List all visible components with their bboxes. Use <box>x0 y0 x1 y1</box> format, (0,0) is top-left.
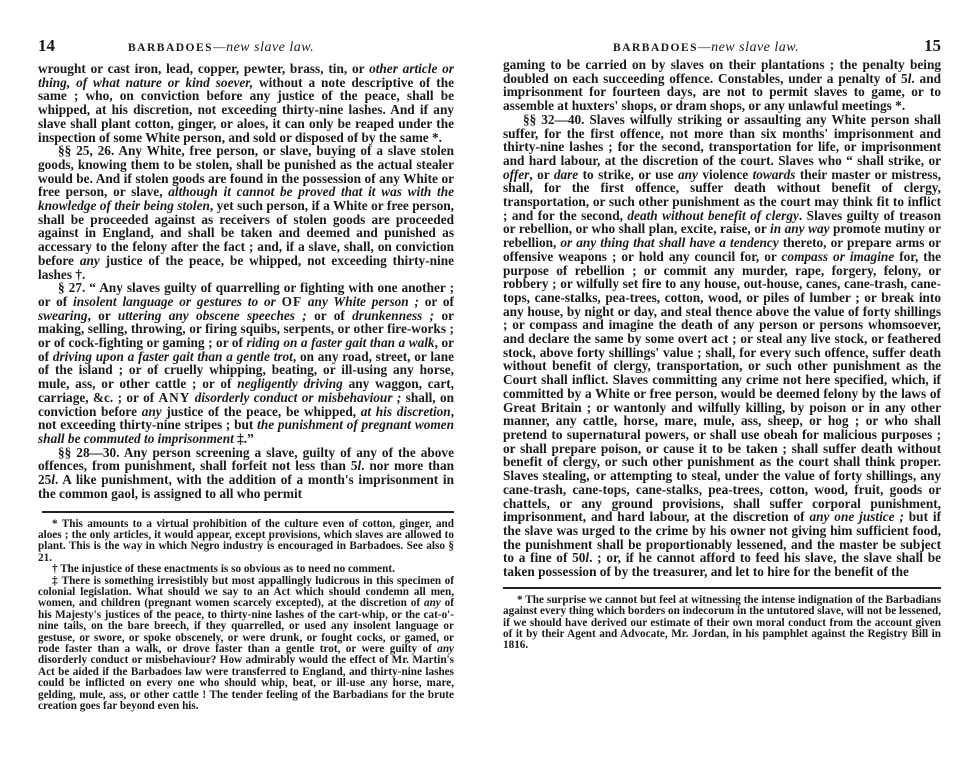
paragraph: §§ 28—30. Any person screening a slave, … <box>38 446 454 501</box>
paragraph: * The surprise we cannot but feel at wit… <box>503 595 941 652</box>
running-head: 14 BARBADOES—new slave law. <box>38 36 454 62</box>
running-head-title: BARBADOES—new slave law. <box>613 40 799 56</box>
right-page: BARBADOES—new slave law. 15 gaming to be… <box>503 0 941 652</box>
paragraph: §§ 25, 26. Any White, free person, or sl… <box>38 144 454 281</box>
footnotes: * This amounts to a virtual prohibition … <box>38 519 454 713</box>
paragraph: gaming to be carried on by slaves on the… <box>503 58 941 113</box>
paragraph: §§ 32—40. Slaves wilfully striking or as… <box>503 113 941 579</box>
paragraph: § 27. “ Any slaves guilty of quarrelling… <box>38 281 454 445</box>
footnote-divider <box>503 587 941 589</box>
running-head: BARBADOES—new slave law. 15 <box>503 36 941 62</box>
left-page: 14 BARBADOES—new slave law. wrought or c… <box>38 0 454 712</box>
paragraph: wrought or cast iron, lead, copper, pewt… <box>38 62 454 144</box>
body-text: wrought or cast iron, lead, copper, pewt… <box>38 62 454 501</box>
footnote-divider <box>42 511 454 513</box>
body-text: gaming to be carried on by slaves on the… <box>503 58 941 579</box>
paragraph: * This amounts to a virtual prohibition … <box>38 519 454 565</box>
paragraph: ‡ There is something irresistibly but mo… <box>38 576 454 713</box>
page-number: 14 <box>38 36 55 56</box>
page-number: 15 <box>924 36 941 56</box>
footnotes: * The surprise we cannot but feel at wit… <box>503 595 941 652</box>
paragraph: † The injustice of these enactments is s… <box>38 564 454 575</box>
running-head-title: BARBADOES—new slave law. <box>128 40 314 56</box>
